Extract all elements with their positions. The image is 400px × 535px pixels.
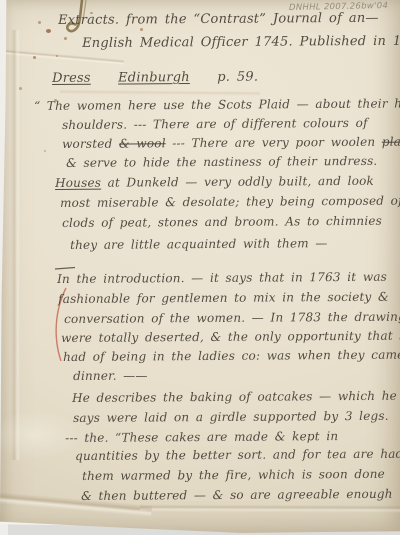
para4-line3: --- the. “These cakes are made & kept in xyxy=(65,429,338,445)
rust-spot xyxy=(46,29,51,33)
para3-line1: In the introduction. — it says that in 1… xyxy=(57,270,387,286)
rust-spot xyxy=(64,37,67,40)
para1-line1: “ The women here use the Scots Plaid — a… xyxy=(34,96,400,113)
para2-line2: most miserable & desolate; they being co… xyxy=(60,194,400,210)
para4-line6: & then buttered — & so are agreeable eno… xyxy=(81,487,393,503)
rust-spot xyxy=(38,21,41,24)
para2-line3: clods of peat, stones and broom. As to c… xyxy=(62,214,382,230)
title-line-2: English Medical Officer 1745. Published … xyxy=(82,34,400,51)
para2-line4: they are little acquainted with them — xyxy=(70,236,328,252)
rust-spot xyxy=(56,55,58,57)
rust-spot xyxy=(19,87,22,90)
para1-line3: worsted & wool --- There are very poor w… xyxy=(62,135,400,151)
para3-line4: were totally deserted, & the only opport… xyxy=(61,328,400,345)
rust-spot xyxy=(44,150,46,152)
para3-line5: had of being in the ladies co: was when … xyxy=(63,347,400,364)
paper-crease xyxy=(9,30,21,460)
para3-line6: dinner. —— xyxy=(73,368,148,383)
para1-line2: shoulders. --- There are of different co… xyxy=(62,116,368,132)
rust-spot xyxy=(140,28,143,31)
paper-sheet: DNHHL 2007.26bw'04 Extracts. from the “C… xyxy=(0,0,400,535)
para4-line4: quantities by the better sort. and for t… xyxy=(75,447,400,463)
scanned-document-photo: DNHHL 2007.26bw'04 Extracts. from the “C… xyxy=(0,0,400,535)
para3-line2: fashionable for gentlemen to mix in the … xyxy=(58,290,389,306)
heading-line: Dress Edinburgh p. 59. xyxy=(52,70,258,86)
para4-line2: says were laid on a girdle supported by … xyxy=(73,409,389,425)
rust-spot xyxy=(33,56,36,59)
paper-crease xyxy=(0,480,153,525)
para1-line4: & serve to hide the nastiness of their u… xyxy=(66,154,377,170)
para4-line1: He describes the baking of oatcakes — wh… xyxy=(72,389,397,405)
para3-line3: conversation of the women. — In 1783 the… xyxy=(64,309,400,326)
para4-line5: them warmed by the fire, which is soon d… xyxy=(82,467,385,483)
title-line-1: Extracts. from the “Contrast” Journal of… xyxy=(58,11,379,28)
para2-line1: Houses at Dunkeld — very oddly built, an… xyxy=(55,174,374,190)
